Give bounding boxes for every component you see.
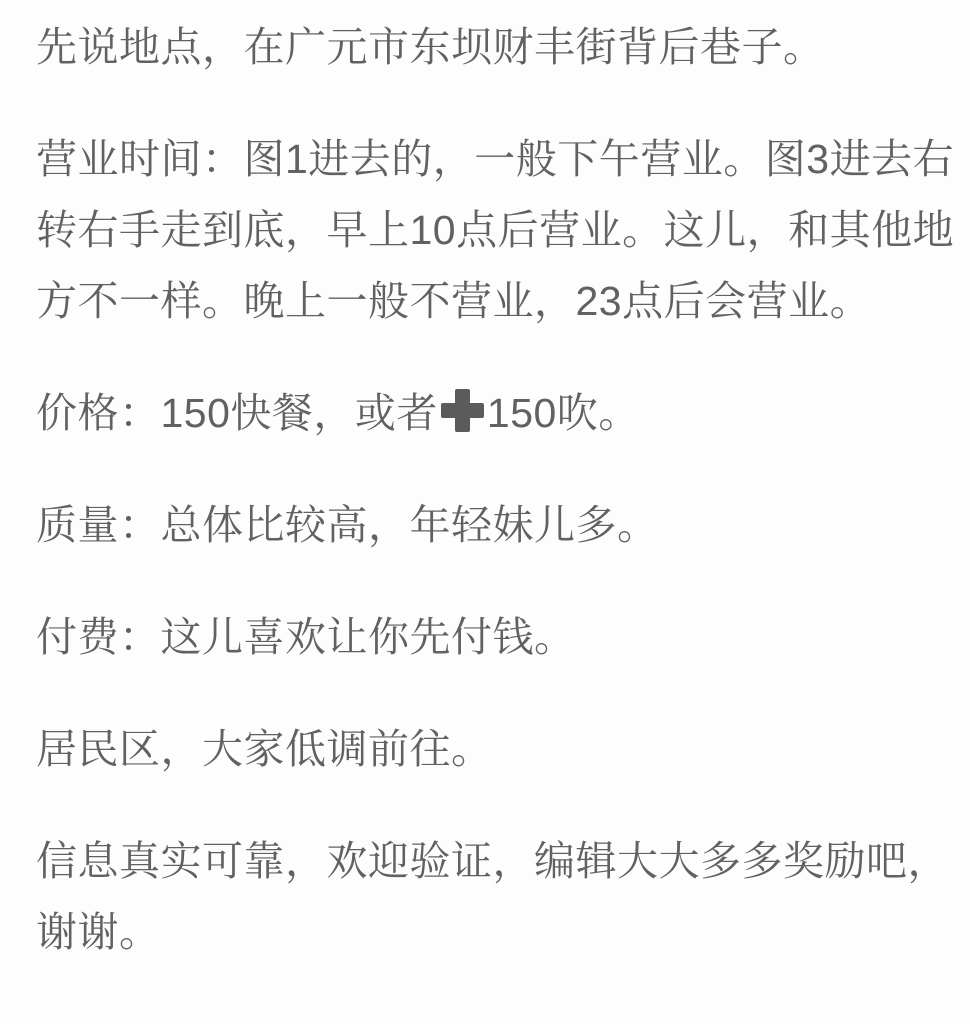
paragraph-business-hours: 营业时间：图1进去的，一般下午营业。图3进去右 转右手走到底，早上10点后营业。… <box>36 124 942 337</box>
paragraph-location: 先说地点，在广元市东坝财丰街背后巷子。 <box>36 12 942 83</box>
text-line: 转右手走到底，早上10点后营业。这儿，和其他地 <box>36 195 942 266</box>
post-body: 先说地点，在广元市东坝财丰街背后巷子。 营业时间：图1进去的，一般下午营业。图3… <box>0 0 970 1024</box>
paragraph-closing: 信息真实可靠，欢迎验证，编辑大大多多奖励吧， 谢谢。 <box>36 826 942 968</box>
text-line: 信息真实可靠，欢迎验证，编辑大大多多奖励吧， <box>36 826 942 897</box>
text-line: 先说地点，在广元市东坝财丰街背后巷子。 <box>36 12 942 83</box>
text-line: 居民区，大家低调前往。 <box>36 714 942 785</box>
price-suffix: 150吹。 <box>487 390 640 436</box>
text-line: 质量：总体比较高，年轻妹儿多。 <box>36 490 942 561</box>
text-line: 营业时间：图1进去的，一般下午营业。图3进去右 <box>36 124 942 195</box>
paragraph-quality: 质量：总体比较高，年轻妹儿多。 <box>36 490 942 561</box>
heavy-plus-icon <box>440 388 485 433</box>
text-line: 方不一样。晚上一般不营业，23点后会营业。 <box>36 266 942 337</box>
paragraph-residential-note: 居民区，大家低调前往。 <box>36 714 942 785</box>
text-line: 付费：这儿喜欢让你先付钱。 <box>36 602 942 673</box>
price-prefix: 价格：150快餐，或者 <box>36 390 438 436</box>
paragraph-payment: 付费：这儿喜欢让你先付钱。 <box>36 602 942 673</box>
paragraph-price: 价格：150快餐，或者150吹。 <box>36 378 942 449</box>
text-line: 谢谢。 <box>36 897 942 968</box>
